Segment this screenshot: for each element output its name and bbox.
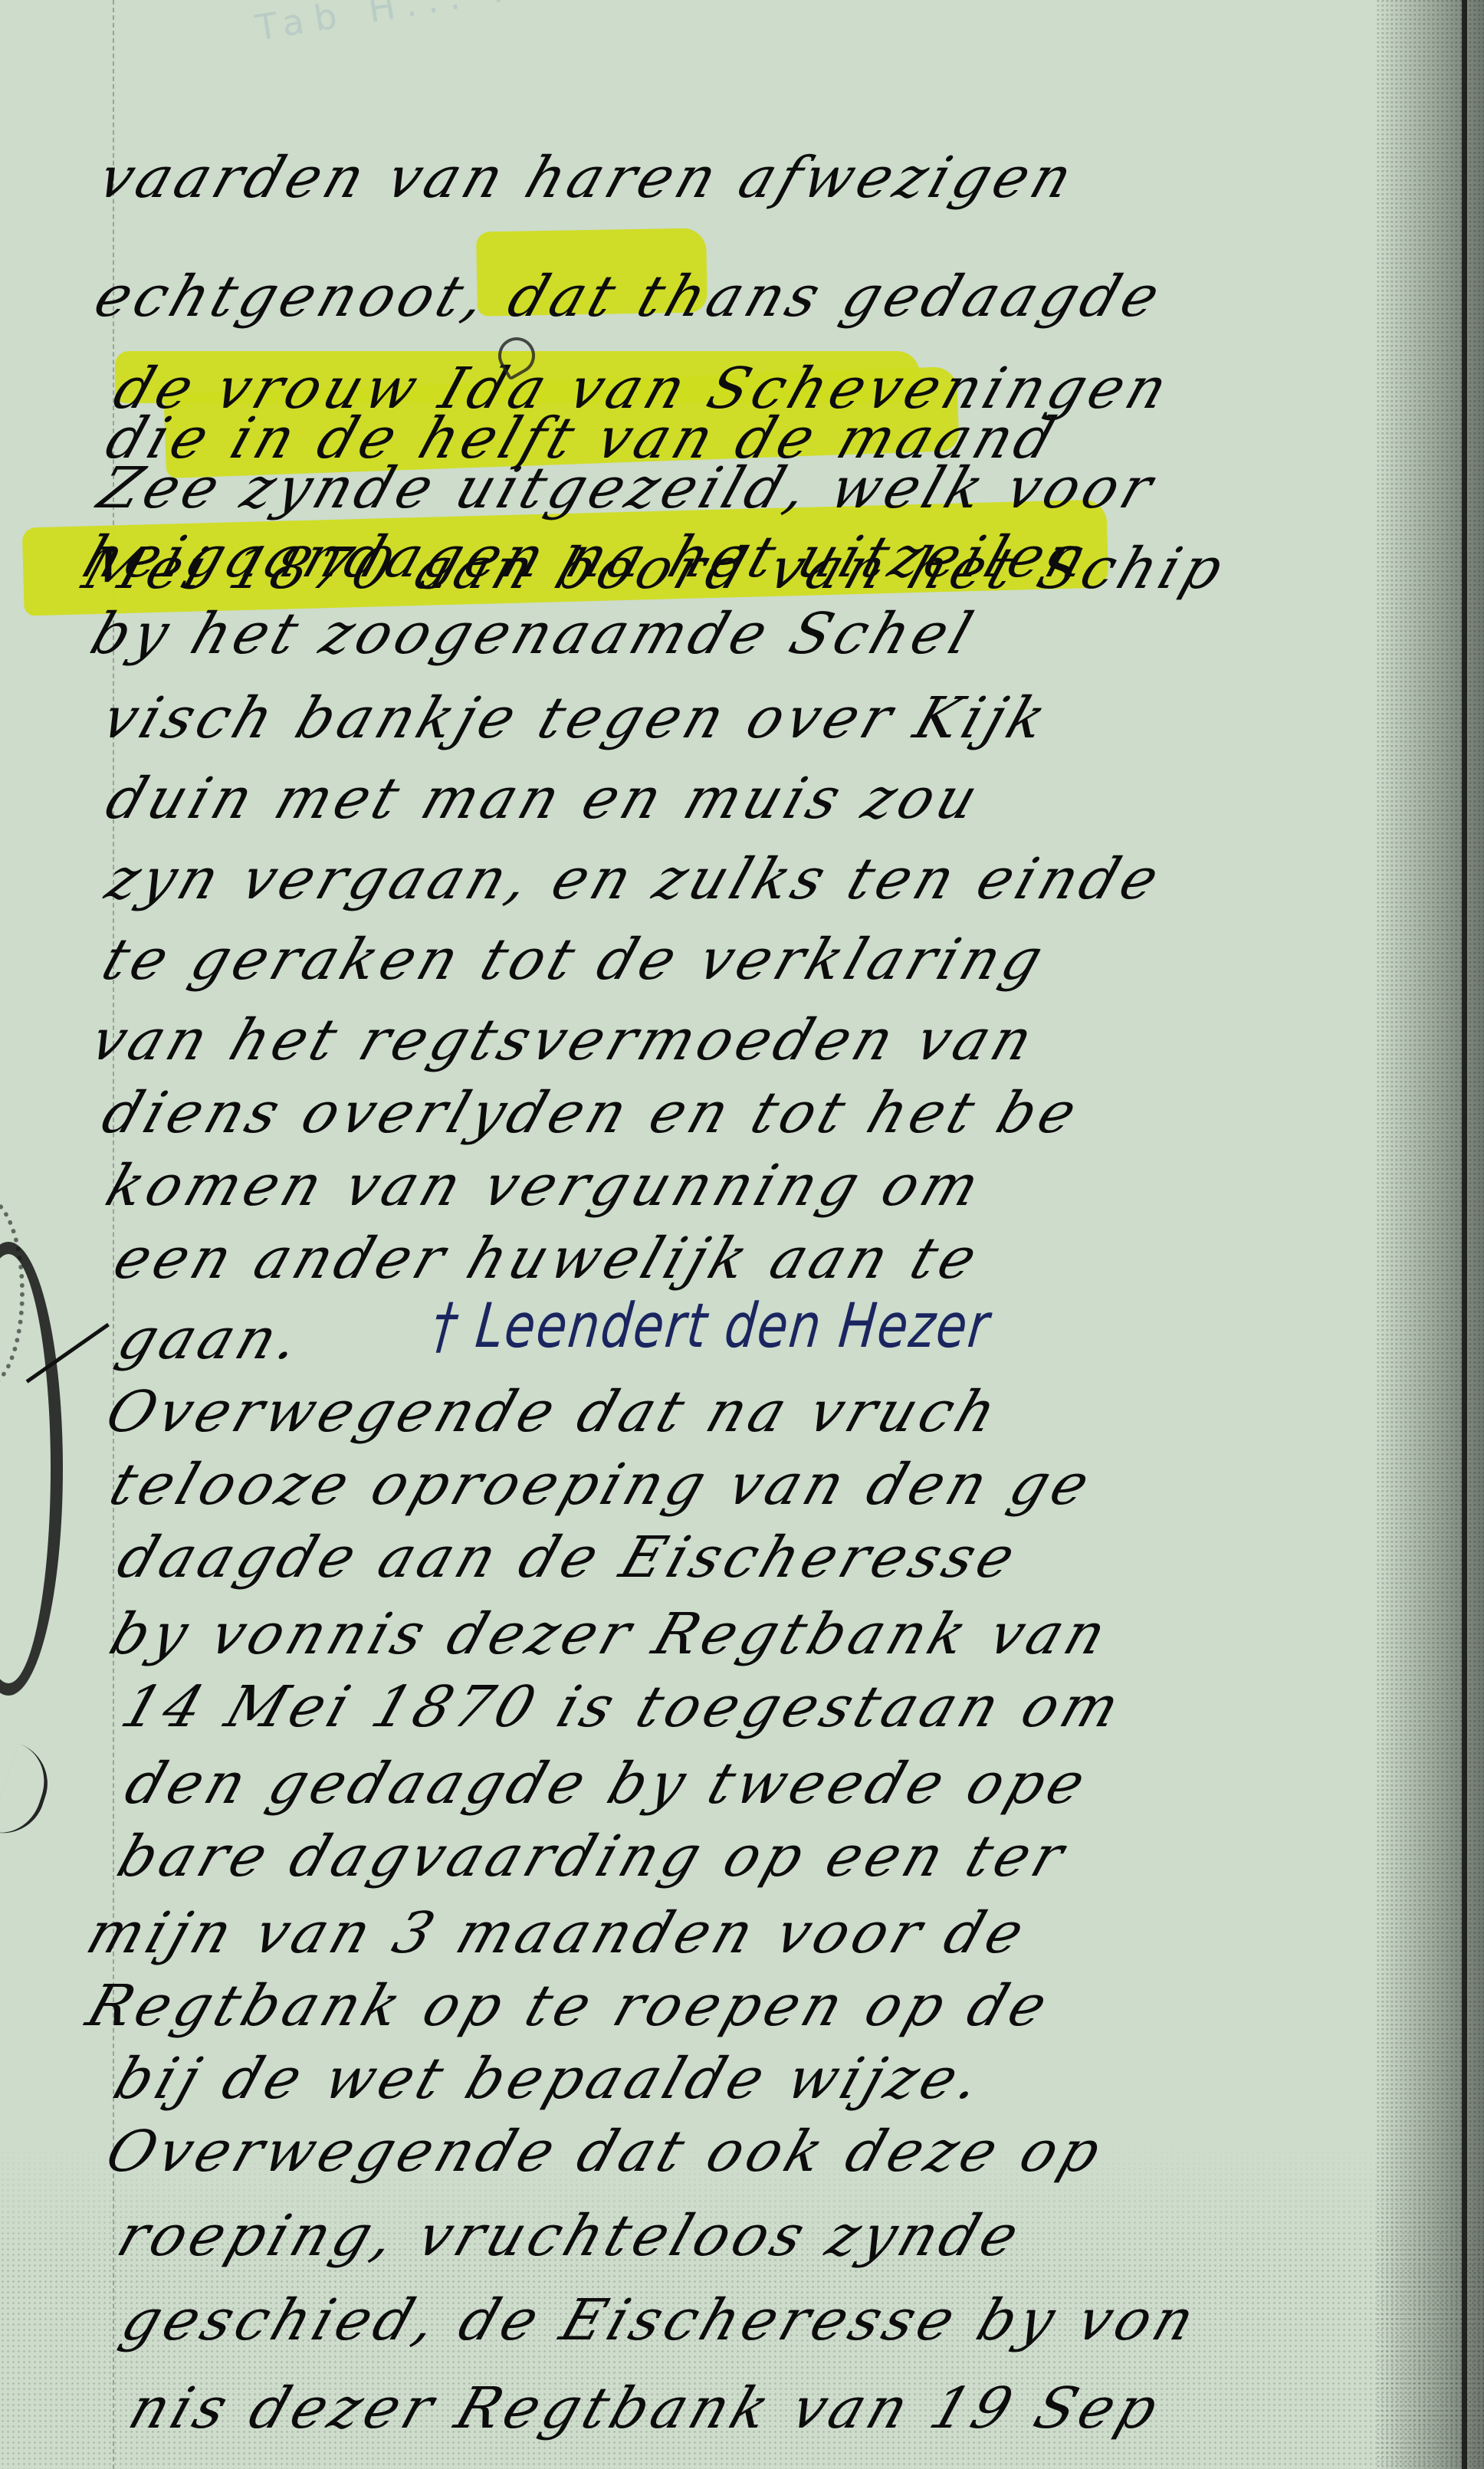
death-annotation: † Leendert den Hezer (429, 1292, 993, 1363)
text-line: de vrouw Ida van Scheveningen (107, 360, 1178, 417)
text-line: echtgenoot, dat thans gedaagde (88, 268, 1170, 325)
text-line: geschied, de Eischeresse by von (115, 2292, 1206, 2349)
text-line: heigaandagen na het uitzeilen (77, 529, 1098, 586)
text-line: Overwegende dat na vruch (100, 1384, 1007, 1440)
text-line: daagde aan de Eischeresse (111, 1529, 1026, 1586)
text-line: roeping, vruchteloos zynde (111, 2208, 1029, 2264)
text-line: den gedaagde by tweede ope (119, 1755, 1096, 1812)
text-line: Overwegende dat ook deze op (100, 2123, 1111, 2180)
text-line: 14 Mei 1870 is toegestaan om (115, 1679, 1131, 1735)
text-line: komen van vergunning om (100, 1157, 990, 1214)
text-line: vaarden van haren afwezigen (92, 149, 1083, 206)
text-line: by vonnis dezer Regtbank van (103, 1606, 1117, 1663)
text-line: een ander huwelijk aan te (107, 1230, 988, 1287)
text-line: gaan. (111, 1311, 311, 1367)
text-line: bij de wet bepaalde wijze. (107, 2050, 992, 2107)
text-line: telooze oproeping van den ge (103, 1456, 1100, 1513)
text-line: Regtbank op te roepen op de (80, 1978, 1058, 2034)
handwritten-text: vaarden van haren afwezigen echtgenoot, … (0, 0, 1484, 2469)
text-line: mijn van 3 maanden voor de (80, 1905, 1035, 1962)
text-line: by het zoogenaamde Schel (84, 606, 983, 662)
text-line: nis dezer Regtbank van 19 Sep (123, 2380, 1168, 2437)
text-line: te geraken tot de verklaring (96, 931, 1053, 988)
text-line: Zee zynde uitgezeild, welk voor (92, 460, 1164, 517)
text-line: duin met man en muis zou (100, 770, 989, 827)
text-line: zyn vergaan, en zulks ten einde (100, 851, 1170, 908)
text-line: diens overlyden en tot het be (96, 1085, 1088, 1141)
text-line: bare dagvaarding op een ter (111, 1828, 1075, 1885)
text-line: van het regtsvermoeden van (84, 1012, 1044, 1069)
document-page: Tab H... folio ... 1870 ... 1171 vaarden… (0, 0, 1484, 2469)
text-line: visch bankje tegen over Kijk (96, 690, 1057, 747)
